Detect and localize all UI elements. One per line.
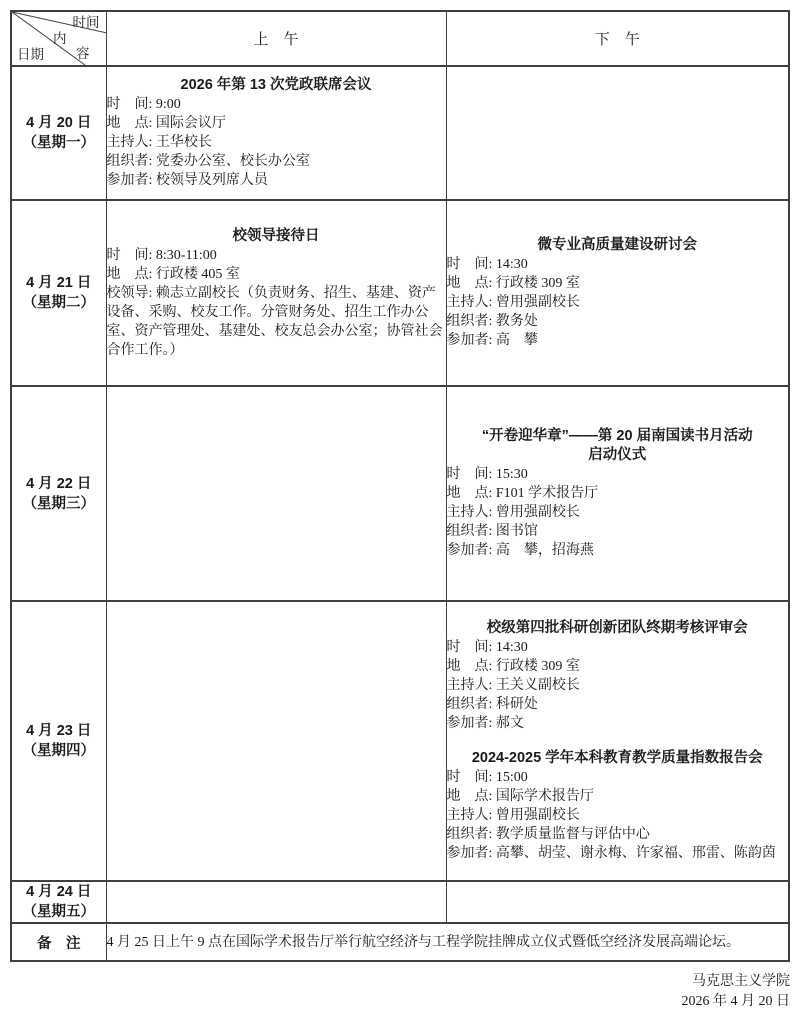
date-text: 4 月 22 日 bbox=[12, 474, 106, 494]
event-organizer: 组织者: 教务处 bbox=[447, 312, 789, 331]
table-row-tuesday: 4 月 21 日 （星期二） 校领导接待日 时 间: 8:30-11:00 地 … bbox=[11, 200, 789, 386]
event: 2024-2025 学年本科教育教学质量指数报告会 时 间: 15:00 地 点… bbox=[447, 749, 789, 863]
afternoon-cell-empty bbox=[446, 66, 789, 200]
afternoon-cell-empty bbox=[446, 881, 789, 923]
signature-org: 马克思主义学院 bbox=[682, 972, 791, 992]
date-text: 4 月 23 日 bbox=[12, 721, 106, 741]
morning-cell: 校领导接待日 时 间: 8:30-11:00 地 点: 行政楼 405 室 校领… bbox=[106, 200, 446, 386]
event-time: 时 间: 15:30 bbox=[447, 465, 789, 484]
event: 微专业高质量建设研讨会 时 间: 14:30 地 点: 行政楼 309 室 主持… bbox=[447, 236, 789, 350]
header-row: 时间 内 容 日期 上 午 下 午 bbox=[11, 11, 789, 66]
event-time: 时 间: 14:30 bbox=[447, 638, 789, 657]
event: “开卷迎华章”——第 20 届南国读书月活动 启动仪式 时 间: 15:30 地… bbox=[447, 427, 789, 560]
table-row-monday: 4 月 20 日 （星期一） 2026 年第 13 次党政联席会议 时 间: 9… bbox=[11, 66, 789, 200]
corner-time-label: 时间 bbox=[73, 15, 100, 30]
event: 2026 年第 13 次党政联席会议 时 间: 9:00 地 点: 国际会议厅 … bbox=[107, 76, 446, 190]
remark-label: 备 注 bbox=[11, 923, 106, 961]
afternoon-cell: 校级第四批科研创新团队终期考核评审会 时 间: 14:30 地 点: 行政楼 3… bbox=[446, 601, 789, 881]
event-host: 主持人: 曾用强副校长 bbox=[447, 503, 789, 522]
event-place: 地 点: F101 学术报告厅 bbox=[447, 484, 789, 503]
event-leader-duty: 校领导: 赖志立副校长（负责财务、招生、基建、资产设备、采购、校友工作。分管财务… bbox=[107, 284, 446, 360]
schedule-table: 时间 内 容 日期 上 午 下 午 4 月 20 日 （星期一） 2026 年第… bbox=[10, 10, 790, 962]
event-host: 主持人: 王华校长 bbox=[107, 133, 446, 152]
event-participants: 参加者: 高 攀 bbox=[447, 331, 789, 350]
weekday-text: （星期五） bbox=[12, 902, 106, 922]
header-morning: 上 午 bbox=[106, 11, 446, 66]
event-title: 2024-2025 学年本科教育教学质量指数报告会 bbox=[447, 749, 789, 768]
event-time: 时 间: 15:00 bbox=[447, 768, 789, 787]
date-cell: 4 月 22 日 （星期三） bbox=[11, 386, 106, 601]
afternoon-cell: “开卷迎华章”——第 20 届南国读书月活动 启动仪式 时 间: 15:30 地… bbox=[446, 386, 789, 601]
weekday-text: （星期三） bbox=[12, 494, 106, 514]
morning-cell-empty bbox=[106, 881, 446, 923]
corner-cell: 时间 内 容 日期 bbox=[11, 11, 106, 66]
event-place: 地 点: 国际会议厅 bbox=[107, 114, 446, 133]
corner-date-label: 日期 bbox=[17, 47, 44, 62]
event-title: 校级第四批科研创新团队终期考核评审会 bbox=[447, 619, 789, 638]
date-text: 4 月 21 日 bbox=[12, 273, 106, 293]
corner-content-label-top: 内 bbox=[53, 31, 67, 46]
event-participants: 参加者: 郝文 bbox=[447, 714, 789, 733]
remark-row: 备 注 4 月 25 日上午 9 点在国际学术报告厅举行航空经济与工程学院挂牌成… bbox=[11, 923, 789, 961]
table-row-friday: 4 月 24 日 （星期五） bbox=[11, 881, 789, 923]
date-text: 4 月 20 日 bbox=[12, 113, 106, 133]
event-host: 主持人: 曾用强副校长 bbox=[447, 293, 789, 312]
date-text: 4 月 24 日 bbox=[12, 882, 106, 902]
weekday-text: （星期一） bbox=[12, 133, 106, 153]
event-place: 地 点: 行政楼 405 室 bbox=[107, 265, 446, 284]
schedule-page: 时间 内 容 日期 上 午 下 午 4 月 20 日 （星期一） 2026 年第… bbox=[0, 0, 798, 1019]
corner-content-label-bottom: 容 bbox=[76, 46, 90, 61]
event-time: 时 间: 9:00 bbox=[107, 95, 446, 114]
remark-text: 4 月 25 日上午 9 点在国际学术报告厅举行航空经济与工程学院挂牌成立仪式暨… bbox=[106, 923, 789, 961]
event-title: “开卷迎华章”——第 20 届南国读书月活动 启动仪式 bbox=[447, 427, 789, 465]
event-time: 时 间: 8:30-11:00 bbox=[107, 246, 446, 265]
date-cell: 4 月 23 日 （星期四） bbox=[11, 601, 106, 881]
event: 校级第四批科研创新团队终期考核评审会 时 间: 14:30 地 点: 行政楼 3… bbox=[447, 619, 789, 733]
event-host: 主持人: 曾用强副校长 bbox=[447, 806, 789, 825]
event-participants: 参加者: 校领导及列席人员 bbox=[107, 171, 446, 190]
event-participants: 参加者: 高 攀，招海燕 bbox=[447, 541, 789, 560]
morning-cell-empty bbox=[106, 601, 446, 881]
table-row-wednesday: 4 月 22 日 （星期三） “开卷迎华章”——第 20 届南国读书月活动 启动… bbox=[11, 386, 789, 601]
event-organizer: 组织者: 党委办公室、校长办公室 bbox=[107, 152, 446, 171]
event-place: 地 点: 行政楼 309 室 bbox=[447, 657, 789, 676]
weekday-text: （星期四） bbox=[12, 741, 106, 761]
afternoon-cell: 微专业高质量建设研讨会 时 间: 14:30 地 点: 行政楼 309 室 主持… bbox=[446, 200, 789, 386]
event-title: 2026 年第 13 次党政联席会议 bbox=[107, 76, 446, 95]
morning-cell: 2026 年第 13 次党政联席会议 时 间: 9:00 地 点: 国际会议厅 … bbox=[106, 66, 446, 200]
header-afternoon: 下 午 bbox=[446, 11, 789, 66]
morning-cell-empty bbox=[106, 386, 446, 601]
event-host: 主持人: 王关义副校长 bbox=[447, 676, 789, 695]
event-participants: 参加者: 高攀、胡莹、谢永梅、许家福、邢雷、陈韵茵 bbox=[447, 844, 789, 863]
signature-date: 2026 年 4 月 20 日 bbox=[682, 992, 791, 1012]
event-time: 时 间: 14:30 bbox=[447, 255, 789, 274]
event-place: 地 点: 国际学术报告厅 bbox=[447, 787, 789, 806]
date-cell: 4 月 24 日 （星期五） bbox=[11, 881, 106, 923]
event-organizer: 组织者: 教学质量监督与评估中心 bbox=[447, 825, 789, 844]
date-cell: 4 月 20 日 （星期一） bbox=[11, 66, 106, 200]
event-title: 微专业高质量建设研讨会 bbox=[447, 236, 789, 255]
table-row-thursday: 4 月 23 日 （星期四） 校级第四批科研创新团队终期考核评审会 时 间: 1… bbox=[11, 601, 789, 881]
date-cell: 4 月 21 日 （星期二） bbox=[11, 200, 106, 386]
event-organizer: 组织者: 图书馆 bbox=[447, 522, 789, 541]
event-place: 地 点: 行政楼 309 室 bbox=[447, 274, 789, 293]
signature-block: 马克思主义学院 2026 年 4 月 20 日 bbox=[682, 972, 791, 1012]
event: 校领导接待日 时 间: 8:30-11:00 地 点: 行政楼 405 室 校领… bbox=[107, 227, 446, 360]
event-title: 校领导接待日 bbox=[107, 227, 446, 246]
event-organizer: 组织者: 科研处 bbox=[447, 695, 789, 714]
weekday-text: （星期二） bbox=[12, 293, 106, 313]
